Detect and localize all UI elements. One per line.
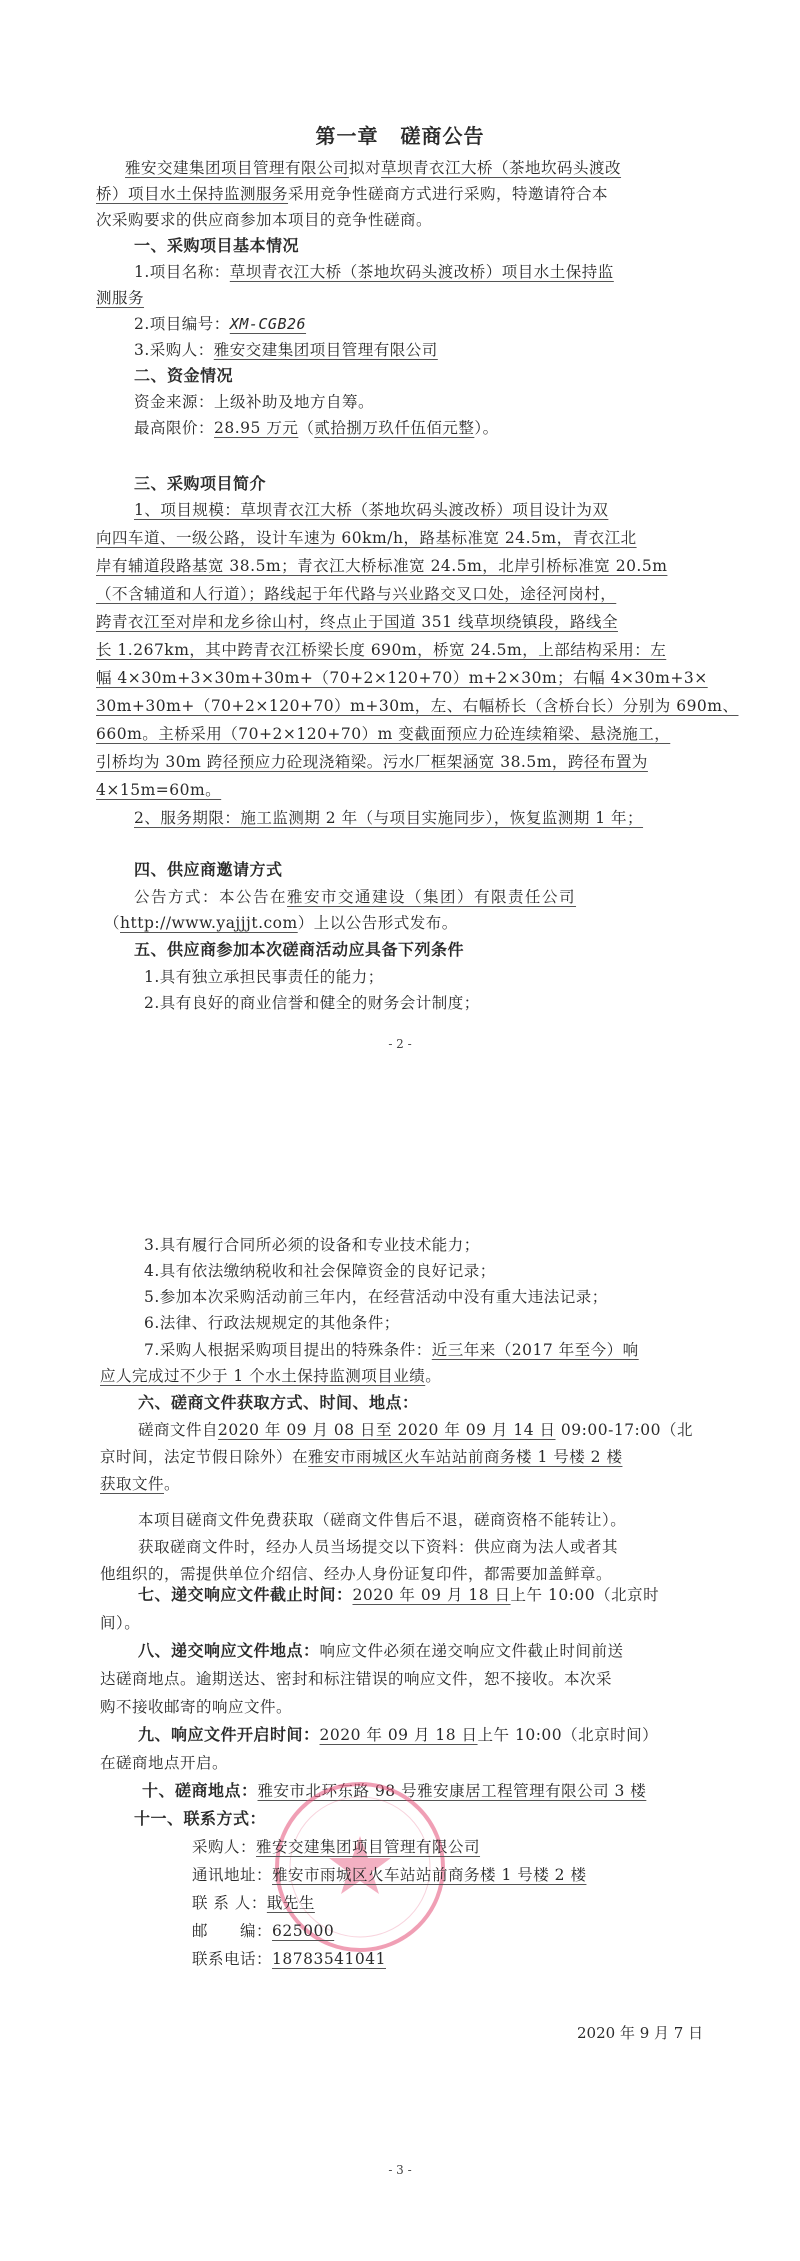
- text: 响应文件必须在递交响应文件截止时间前送: [320, 1642, 624, 1660]
- buyer-row: 3.采购人：雅安交建集团项目管理有限公司: [134, 340, 438, 360]
- max-price-row: 最高限价：28.95 万元（贰拾捌万玖仟伍佰元整）。: [134, 418, 499, 438]
- doc-obtain-line-3: 获取文件。: [100, 1474, 180, 1494]
- deadline-time: 上午 10:00（北京时: [511, 1586, 660, 1604]
- opening-place: 在磋商地点开启。: [100, 1753, 228, 1773]
- condition-item: 4.具有依法缴纳税收和社会保障资金的良好记录；: [144, 1261, 496, 1281]
- contact-person-row: 联 系 人：戢先生: [192, 1893, 315, 1913]
- opening-date: 2020 年 09 月 18 日: [320, 1726, 478, 1744]
- submit-place-text: 达磋商地点。逾期送达、密封和标注错误的响应文件，恕不接收。本次采: [100, 1669, 612, 1689]
- contact-phone-row: 联系电话：18783541041: [192, 1949, 386, 1969]
- intro-text: 采用竞争性磋商方式进行采购，特邀请符合本: [288, 185, 608, 203]
- contact-address-row: 通讯地址：雅安市雨城区火车站站前商务楼 1 号楼 2 楼: [192, 1865, 586, 1885]
- condition-item: 2.具有良好的商业信誉和健全的财务会计制度；: [144, 993, 480, 1013]
- section-heading-11: 十一、联系方式：: [134, 1809, 266, 1829]
- contact-buyer-value: 雅安交建集团项目管理有限公司: [256, 1838, 480, 1856]
- page-number: - 3 -: [0, 2163, 800, 2177]
- section-heading-4: 四、供应商邀请方式: [134, 860, 283, 880]
- project-name-value: 草坝青衣江大桥（茶地坎码头渡改桥）项目水土保持监: [230, 263, 614, 281]
- required-docs-line: 他组织的，需提供单位介绍信、经办人身份证复印件，都需要加盖鲜章。: [100, 1564, 612, 1584]
- scale-line: 4×15m=60m。: [96, 780, 221, 800]
- condition-item: 3.具有履行合同所必须的设备和专业技术能力；: [144, 1235, 480, 1255]
- contact-postcode-value: 625000: [272, 1922, 334, 1940]
- paren: （: [298, 419, 314, 437]
- scale-line: 引桥均为 30m 跨径预应力砼现浇箱梁。污水厂框架涵宽 38.5m，跨径布置为: [96, 752, 648, 772]
- contact-buyer-row: 采购人：雅安交建集团项目管理有限公司: [192, 1837, 480, 1857]
- fund-source: 资金来源：上级补助及地方自筹。: [134, 392, 374, 412]
- section-heading-8: 八、递交响应文件地点：: [138, 1641, 320, 1660]
- chapter-title: 第一章磋商公告: [0, 120, 800, 149]
- section-heading-9: 九、响应文件开启时间：: [138, 1725, 320, 1744]
- max-price-words: 贰拾捌万玖仟伍佰元整: [314, 419, 474, 437]
- signature-date: 2020 年 9 月 7 日: [577, 2022, 703, 2043]
- required-docs-line: 获取磋商文件时，经办人员当场提交以下资料：供应商为法人或者其: [138, 1537, 618, 1557]
- notice-method-line-2: （http://www.yajjjt.com）上以公告形式发布。: [104, 913, 458, 933]
- section-heading-5: 五、供应商参加本次磋商活动应具备下列条件: [134, 940, 464, 960]
- submit-place-text: 购不接收邮寄的响应文件。: [100, 1697, 292, 1717]
- chapter-number: 第一章: [316, 124, 379, 148]
- label: 3.采购人：: [134, 341, 214, 359]
- punct: 。: [425, 1367, 441, 1385]
- paren: ）。: [474, 419, 498, 437]
- label: 1.项目名称：: [134, 263, 230, 281]
- condition-item-7-cont: 应人完成过不少于 1 个水土保持监测项目业绩。: [100, 1366, 441, 1386]
- scale-line: 岸有辅道段路基宽 38.5m；青衣江大桥标准宽 24.5m，北岸引桥标准宽 20…: [96, 556, 667, 576]
- project-name-part2: 桥）项目水土保持监测服务: [96, 185, 288, 203]
- label: 2.项目编号：: [134, 315, 230, 333]
- contact-phone-value[interactable]: 18783541041: [272, 1950, 386, 1968]
- label: 邮 编：: [192, 1922, 272, 1940]
- section-heading-10: 十、磋商地点：: [142, 1781, 258, 1800]
- condition-item: 6.法律、行政法规规定的其他条件；: [144, 1313, 400, 1333]
- project-name-value: 测服务: [96, 289, 144, 307]
- deadline-time-cont: 间）。: [100, 1613, 140, 1633]
- special-condition-value: 近三年来（2017 年至今）响: [432, 1341, 639, 1359]
- intro-text: 拟对: [349, 159, 381, 177]
- service-period: 2、服务期限：施工监测期 2 年（与项目实施同步），恢复监测期 1 年；: [134, 808, 643, 828]
- scale-line: 向四车道、一级公路，设计车速为 60km/h，路基标准宽 24.5m，青衣江北: [96, 528, 637, 548]
- label: 联系电话：: [192, 1950, 272, 1968]
- doc-obtain-line-1: 磋商文件自2020 年 09 月 08 日至 2020 年 09 月 14 日 …: [138, 1420, 693, 1440]
- opening-time-row: 九、响应文件开启时间：2020 年 09 月 18 日上午 10:00（北京时间…: [138, 1725, 658, 1745]
- section-heading-3: 三、采购项目简介: [134, 474, 266, 494]
- section-heading-2: 二、资金情况: [134, 366, 233, 386]
- condition-item-7: 7.采购人根据采购项目提出的特殊条件：近三年来（2017 年至今）响: [144, 1340, 639, 1360]
- condition-item: 5.参加本次采购活动前三年内，在经营活动中没有重大违法记录；: [144, 1287, 608, 1307]
- chapter-name: 磋商公告: [401, 124, 485, 148]
- label: 公告方式：本公告在: [134, 888, 287, 906]
- deadline-date: 2020 年 09 月 18 日: [353, 1586, 511, 1604]
- doc-obtain-line-2: 京时间，法定节假日除外）在雅安市雨城区火车站站前商务楼 1 号楼 2 楼: [100, 1447, 622, 1467]
- obtain-time: 09:00-17:00（北: [556, 1421, 694, 1439]
- section-heading-7: 七、递交响应文件截止时间：: [138, 1585, 353, 1604]
- project-name-part1: 草坝青衣江大桥（茶地坎码头渡改: [381, 159, 621, 177]
- scale-line: （不含辅道和人行道）；路线起于年代路与兴业路交叉口处，途径河岗村，: [96, 584, 616, 604]
- contact-postcode-row: 邮 编：625000: [192, 1921, 334, 1941]
- text: 京时间，法定节假日除外）在: [100, 1448, 308, 1466]
- scale-line: 1、项目规模：草坝青衣江大桥（茶地坎码头渡改桥）项目设计为双: [134, 500, 608, 520]
- paren: （: [104, 914, 120, 932]
- notice-method-line-1: 公告方式：本公告在雅安市交通建设（集团）有限责任公司: [134, 887, 576, 907]
- buyer-name: 雅安交建集团项目管理有限公司: [125, 159, 349, 177]
- deadline-row: 七、递交响应文件截止时间：2020 年 09 月 18 日上午 10:00（北京…: [138, 1585, 659, 1605]
- label: 磋商文件自: [138, 1421, 218, 1439]
- scale-line: 660m。主桥采用（70+2×120+70）m 变截面预应力砼连续箱梁、悬浇施工…: [96, 724, 670, 744]
- buyer-value: 雅安交建集团项目管理有限公司: [214, 341, 438, 359]
- label: 采购人：: [192, 1838, 256, 1856]
- label: 7.采购人根据采购项目提出的特殊条件：: [144, 1341, 432, 1359]
- max-price-value: 28.95 万元: [214, 419, 298, 437]
- notice-text: ）上以公告形式发布。: [298, 914, 458, 932]
- project-code-handwritten: XM-CGB26: [230, 315, 306, 333]
- section-heading-6: 六、磋商文件获取方式、时间、地点：: [138, 1393, 419, 1413]
- project-code-row: 2.项目编号：XM-CGB26: [134, 314, 306, 334]
- project-name-row: 1.项目名称：草坝青衣江大桥（茶地坎码头渡改桥）项目水土保持监: [134, 262, 614, 282]
- obtain-dates: 2020 年 09 月 08 日至 2020 年 09 月 14 日: [218, 1421, 555, 1439]
- condition-item: 1.具有独立承担民事责任的能力；: [144, 967, 384, 987]
- intro-line-1: 雅安交建集团项目管理有限公司拟对草坝青衣江大桥（茶地坎码头渡改: [125, 158, 621, 178]
- intro-line-3: 次采购要求的供应商参加本项目的竞争性磋商。: [96, 210, 432, 230]
- opening-time: 上午 10:00（北京时间）: [478, 1726, 659, 1744]
- contact-person-value: 戢先生: [267, 1894, 315, 1912]
- scale-line: 30m+30m+（70+2×120+70）m+30m，左、右幅桥长（含桥台长）分…: [96, 696, 739, 716]
- scale-line: 幅 4×30m+3×30m+30m+（70+2×120+70）m+2×30m；右…: [96, 668, 708, 688]
- project-name-row-cont: 测服务: [96, 288, 144, 308]
- publisher-org: 雅安市交通建设（集团）有限责任公司: [287, 888, 576, 906]
- obtain-place: 获取文件: [100, 1475, 164, 1493]
- section-heading-1: 一、采购项目基本情况: [134, 236, 299, 256]
- label: 联 系 人：: [192, 1894, 267, 1912]
- punct: 。: [164, 1475, 180, 1493]
- obtain-place: 雅安市雨城区火车站站前商务楼 1 号楼 2 楼: [308, 1448, 622, 1466]
- special-condition-value: 应人完成过不少于 1 个水土保持监测项目业绩: [100, 1367, 425, 1385]
- scale-line: 跨青衣江至对岸和龙乡徐山村，终点止于国道 351 线草坝绕镇段，路线全: [96, 612, 618, 632]
- publisher-url-link[interactable]: http://www.yajjjt.com: [120, 914, 298, 932]
- free-note: 本项目磋商文件免费获取（磋商文件售后不退，磋商资格不能转让）。: [138, 1510, 626, 1530]
- page-number: - 2 -: [0, 1037, 800, 1051]
- contact-address-value: 雅安市雨城区火车站站前商务楼 1 号楼 2 楼: [272, 1866, 586, 1884]
- label: 最高限价：: [134, 419, 214, 437]
- submit-place-row: 八、递交响应文件地点：响应文件必须在递交响应文件截止时间前送: [138, 1641, 624, 1661]
- scale-line: 长 1.267km，其中跨青衣江桥梁长度 690m，桥宽 24.5m，上部结构采…: [96, 640, 666, 660]
- intro-line-2: 桥）项目水土保持监测服务采用竞争性磋商方式进行采购，特邀请符合本: [96, 184, 608, 204]
- label: 通讯地址：: [192, 1866, 272, 1884]
